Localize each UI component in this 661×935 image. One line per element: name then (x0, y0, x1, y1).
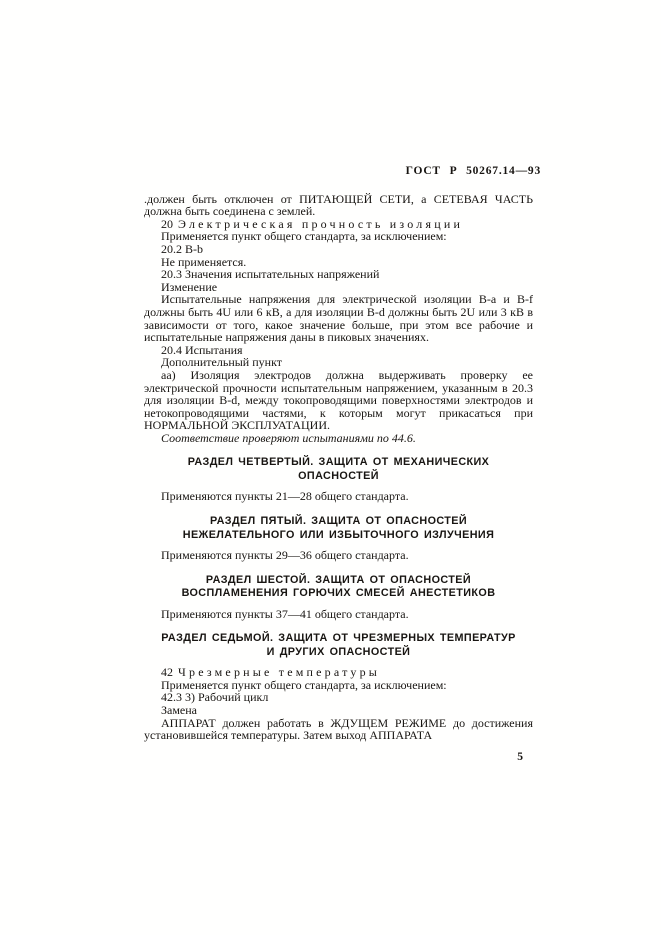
section-four-applies: Применяются пункты 21—28 общего стандарт… (144, 490, 533, 503)
text-column: ГОСТ Р 50267.14—93 .должен быть отключен… (144, 165, 533, 763)
section-five-heading: РАЗДЕЛ ПЯТЫЙ. ЗАЩИТА ОТ ОПАСНОСТЕЙ НЕЖЕЛ… (158, 515, 519, 542)
compliance-note: Соответствие проверяют испытаниями по 44… (144, 432, 533, 445)
replace-label: Замена (144, 704, 533, 717)
replace-paragraph: АППАРАТ должен работать в ЖДУЩЕМ РЕЖИМЕ … (144, 717, 533, 742)
item-20-3: 20.3 Значения испытательных напряжений (144, 268, 533, 281)
item-aa-paragraph: аа) Изоляция электродов должна выдержива… (144, 369, 533, 432)
section-six-applies: Применяются пункты 37—41 общего стандарт… (144, 608, 533, 621)
clause-42-heading: 42Чрезмерные температуры (144, 666, 533, 679)
section-six-heading: РАЗДЕЛ ШЕСТОЙ. ЗАЩИТА ОТ ОПАСНОСТЕЙ ВОСП… (158, 574, 519, 601)
section-six: РАЗДЕЛ ШЕСТОЙ. ЗАЩИТА ОТ ОПАСНОСТЕЙ ВОСП… (144, 574, 533, 621)
gost-standard-number: ГОСТ Р 50267.14—93 (144, 165, 541, 178)
section-four-heading: РАЗДЕЛ ЧЕТВЕРТЫЙ. ЗАЩИТА ОТ МЕХАНИЧЕСКИХ… (158, 456, 519, 483)
change-paragraph: Испытательные напряжения для электрическ… (144, 293, 533, 343)
section-four: РАЗДЕЛ ЧЕТВЕРТЫЙ. ЗАЩИТА ОТ МЕХАНИЧЕСКИХ… (144, 456, 533, 503)
item-20-2: 20.2 B-b (144, 243, 533, 256)
item-42-3: 42.3 3) Рабочий цикл (144, 691, 533, 704)
section-seven-heading: РАЗДЕЛ СЕДЬМОЙ. ЗАЩИТА ОТ ЧРЕЗМЕРНЫХ ТЕМ… (158, 632, 519, 659)
section-five-applies: Применяются пункты 29—36 общего стандарт… (144, 549, 533, 562)
section-five: РАЗДЕЛ ПЯТЫЙ. ЗАЩИТА ОТ ОПАСНОСТЕЙ НЕЖЕЛ… (144, 515, 533, 562)
clause-42: 42Чрезмерные температуры Применяется пун… (144, 666, 533, 742)
section-seven: РАЗДЕЛ СЕДЬМОЙ. ЗАЩИТА ОТ ЧРЕЗМЕРНЫХ ТЕМ… (144, 632, 533, 742)
page-number: 5 (144, 751, 533, 764)
document-page: ГОСТ Р 50267.14—93 .должен быть отключен… (0, 0, 661, 935)
continuation-paragraph: .должен быть отключен от ПИТАЮЩЕЙ СЕТИ, … (144, 193, 533, 218)
